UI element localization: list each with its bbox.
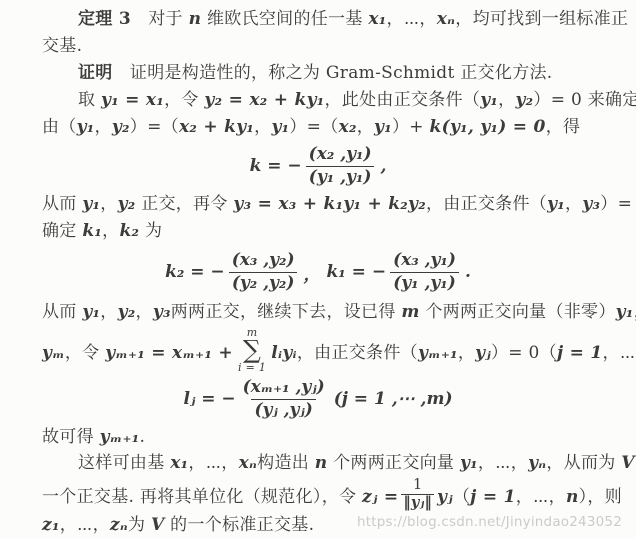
para-proof-intro: 证明 证明是构造性的，称之为 Gram-Schmidt 正交化方法. xyxy=(0,60,636,87)
equation-k2-lhs: k₂ = − xyxy=(165,262,225,282)
fraction-k1-denominator: (y₁ ,y₁) xyxy=(390,272,459,294)
equation-k: k = − (x₂ ,y₁) (y₁ ,y₁) , xyxy=(0,141,636,191)
sigma-symbol: ∑ xyxy=(243,338,261,362)
inline-fraction-denominator: ‖yⱼ‖ xyxy=(401,494,434,512)
para-step1-construction: 取 y₁ = x₁，令 y₂ = x₂ + ky₁，此处由正交条件（y₁，y₂）… xyxy=(0,87,636,114)
fraction-k2: (x₃ ,y₂) (y₂ ,y₂) xyxy=(229,250,298,294)
inline-fraction-numerator: 1 xyxy=(411,477,425,494)
fraction-k1-numerator: (x₃ ,y₁) xyxy=(390,250,459,271)
para-normalize-line: 一个正交基. 再将其单位化（规范化），令 zⱼ = 1 ‖yⱼ‖ yⱼ（j = … xyxy=(0,476,636,512)
normalize-line-pre: 一个正交基. 再将其单位化（规范化），令 zⱼ = xyxy=(42,482,398,507)
fraction-lj-numerator: (xₘ₊₁ ,yⱼ) xyxy=(240,377,328,398)
fraction-k: (x₂ ,y₁) (y₁ ,y₁) xyxy=(306,144,375,188)
watermark-text: https://blog.csdn.net/Jinyindao243052 xyxy=(357,514,622,530)
summation-sigma: m ∑ i = 1 xyxy=(238,327,266,373)
equation-k1-lhs: k₁ = − xyxy=(327,262,387,282)
inline-fraction-norm: 1 ‖yⱼ‖ xyxy=(401,477,434,511)
equation-k1-k2-tail: . xyxy=(465,262,471,282)
equation-k-lhs: k = − xyxy=(250,156,302,176)
equation-lj: lⱼ = − (xₘ₊₁ ,yⱼ) (yⱼ ,yⱼ) (j = 1 ,⋯ ,m) xyxy=(0,374,636,424)
equation-k1-k2: k₂ = − (x₃ ,y₂) (y₂ ,y₂) ， k₁ = − (x₃ ,y… xyxy=(0,245,636,299)
fraction-k2-numerator: (x₃ ,y₂) xyxy=(229,250,298,271)
para-theorem-line-2: 交基. xyxy=(0,33,636,60)
equation-lj-condition: (j = 1 ,⋯ ,m) xyxy=(334,389,453,409)
para-theorem-line-1: 定理 3 对于 n 维欧氏空间的任一基 x₁，⋯，xₙ，均可找到一组标准正 xyxy=(0,6,636,33)
para-sum-line: yₘ，令 yₘ₊₁ = xₘ₊₁ + m ∑ i = 1 lᵢyᵢ，由正交条件（… xyxy=(0,326,636,374)
sum-line-post: lᵢyᵢ，由正交条件（yₘ₊₁，yⱼ）= 0（j = 1，⋯，m）确定 xyxy=(271,338,636,363)
sum-line-pre: yₘ，令 yₘ₊₁ = xₘ₊₁ + xyxy=(42,338,233,363)
equation-separator: ， xyxy=(304,260,321,285)
fraction-k1: (x₃ ,y₁) (y₁ ,y₁) xyxy=(390,250,459,294)
fraction-lj-denominator: (yⱼ ,yⱼ) xyxy=(251,399,315,421)
summation-lower-limit: i = 1 xyxy=(238,362,266,373)
para-step2-y3: 从而 y₁，y₂ 正交，再令 y₃ = x₃ + k₁y₁ + k₂y₂，由正交… xyxy=(0,191,636,218)
fraction-k-denominator: (y₁ ,y₁) xyxy=(306,166,375,188)
fraction-lj: (xₘ₊₁ ,yⱼ) (yⱼ ,yⱼ) xyxy=(240,377,328,421)
para-determine-k1-k2: 确定 k₁，k₂ 为 xyxy=(0,218,636,245)
fraction-k2-denominator: (y₂ ,y₂) xyxy=(229,272,298,294)
equation-k-tail: , xyxy=(381,156,387,176)
fraction-k-numerator: (x₂ ,y₁) xyxy=(306,144,375,165)
textbook-page: 定理 3 对于 n 维欧氏空间的任一基 x₁，⋯，xₙ，均可找到一组标准正 交基… xyxy=(0,0,636,538)
para-induction-setup: 从而 y₁，y₂，y₃两两正交，继续下去，设已得 m 个两两正交向量（非零）y₁… xyxy=(0,299,636,326)
para-expand-inner-product: 由（y₁，y₂）=（x₂ + ky₁，y₁）=（x₂，y₁）+ k(y₁, y₁… xyxy=(0,114,636,141)
para-construct-orthogonal: 这样可由基 x₁，⋯，xₙ构造出 n 个两两正交向量 y₁，⋯，yₙ，从而为 V… xyxy=(0,450,636,476)
para-conclusion-ym1: 故可得 yₘ₊₁. xyxy=(0,424,636,450)
normalize-line-post: yⱼ（j = 1，⋯，n），则 xyxy=(437,482,622,507)
equation-lj-lhs: lⱼ = − xyxy=(183,389,235,409)
